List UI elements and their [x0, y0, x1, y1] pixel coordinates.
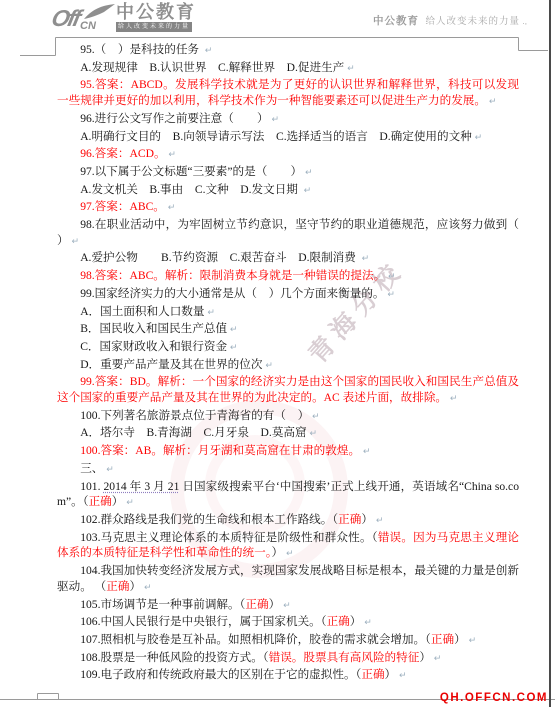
paragraph-17: D．重要产品产量及其在世界的位次 ↵: [57, 357, 519, 375]
document-body: 95.（ ）是科技的任务 ↵A.发现规律 B.认识世界 C.解释世界 D.促进生…: [57, 42, 519, 685]
paragraph-26: 104.我国加快转变经济发展方式，实现国家发展战略目标是根本，最关键的力量是创新…: [57, 563, 519, 596]
paragraph-end-mark-icon: ↵: [227, 343, 237, 353]
question-text-run: 96.进行公文写作之前要注意（ ）: [80, 112, 268, 125]
question-text-run: 97.以下属于公文标题“三要素”的是（ ）: [80, 165, 302, 178]
paragraph-end-mark-icon: ↵: [486, 97, 496, 107]
paragraph-9: 97.答案：ABC。 ↵: [57, 199, 519, 217]
paragraph-13: 99.国家经济实力的大小通常是从（ ）几个方面来衡量的。 ↵: [57, 286, 519, 304]
header-right-text: 中公教育 给人改变未来的力量 .,: [373, 13, 527, 28]
paragraph-end-mark-icon: ↵: [302, 168, 312, 178]
paragraph-5: A.明确行文目的 B.向领导请示写法 C.选择适当的语言 D.确定使用的文种 ↵: [57, 129, 519, 147]
paragraph-4: 96.进行公文写作之前要注意（ ） ↵: [57, 111, 519, 129]
paragraph-end-mark-icon: ↵: [166, 150, 176, 160]
paragraph-end-mark-icon: ↵: [103, 465, 113, 475]
paragraph-20: A．塔尔寺 B.青海湖 C.月牙泉 D.莫高窟 ↵: [57, 425, 519, 443]
paragraph-end-mark-icon: ↵: [385, 290, 395, 300]
paragraph-end-mark-icon: ↵: [69, 237, 79, 247]
question-text-run: ）: [350, 615, 362, 628]
logo-tagline: 给人改变未来的力量: [116, 22, 192, 32]
paragraph-2: A.发现规律 B.认识世界 C.解释世界 D.促进生产 ↵: [57, 60, 519, 78]
paragraph-16: C．国家财政收入和银行资金 ↵: [57, 339, 519, 357]
question-text-run: 107.照相机与胶卷是互补品。如照相机降价，胶卷的需求就会增加。（: [80, 633, 431, 646]
paragraph-end-mark-icon: ↵: [283, 549, 293, 559]
question-text-run: D．重要产品产量及其在世界的位次: [80, 358, 262, 371]
paragraph-19: 100.下列著名旅游景点位于青海省的有（ ） ↵: [57, 408, 519, 426]
answer-text-run: 正确: [361, 668, 384, 681]
paragraph-25: 103.马克思主义理论体系的本质特征是阶级性和群众性。（错误。因为马克思主义理论…: [57, 530, 519, 563]
question-text-run: A.明确行文目的 B.向领导请示写法 C.选择适当的语言 D.确定使用的文种: [80, 130, 472, 143]
paragraph-end-mark-icon: ↵: [202, 46, 212, 56]
paragraph-end-mark-icon: ↵: [373, 516, 383, 526]
paragraph-end-mark-icon: ↵: [141, 583, 151, 593]
paragraph-end-mark-icon: ↵: [361, 618, 371, 628]
window-right-edge: [549, 0, 551, 707]
answer-text-run: 正确: [338, 513, 361, 526]
underlined-date-run: 2014 年 3 月 21: [103, 480, 179, 493]
question-text-run: ）: [385, 668, 397, 681]
paragraph-6: 96.答案：ACD。 ↵: [57, 146, 519, 164]
question-text-run: ）: [129, 580, 141, 593]
paragraph-12: 98.答案：ABC。解析：限制消费本身就是一种错误的提法。 ↵: [57, 268, 519, 286]
question-text-run: ）: [419, 651, 431, 664]
header-right-mark: .,: [523, 17, 527, 26]
answer-text-run: 正确: [431, 633, 454, 646]
paragraph-14: A．国土面积和人口数量 ↵: [57, 304, 519, 322]
paragraph-end-mark-icon: ↵: [280, 601, 290, 611]
footer-site-url: QH.OFFCN.COM: [440, 692, 548, 704]
question-text-run: A.发现规律 B.认识世界 C.解释世界 D.促进生产: [80, 61, 344, 74]
question-text-run: 101.: [80, 480, 103, 493]
question-text-run: C．国家财政收入和银行资金: [80, 340, 227, 353]
paragraph-27: 105.市场调节是一种事前调解。（正确） ↵: [57, 597, 519, 615]
offcn-logo-mark: Off CN: [52, 3, 114, 35]
paragraph-end-mark-icon: ↵: [269, 115, 279, 125]
paragraph-end-mark-icon: ↵: [447, 394, 457, 404]
question-text-run: 109.电子政府和传统政府最大的区别在于它的虚拟性。（: [80, 668, 361, 681]
logo-brand: 中公教育: [116, 3, 196, 22]
paragraph-30: 108.股票是一种低风险的投资方式。（错误。股票具有高风险的特征） ↵: [57, 650, 519, 668]
answer-text-run: 95.答案：ABCD。发展科学技术就是为了更好的认识世界和解释世界，科技可以发现…: [57, 78, 519, 107]
question-text-run: A.爱护公物 B.节约资源 C.艰苦奋斗 D.限制消费: [80, 251, 359, 264]
question-text-run: A．塔尔寺 B.青海湖 C.月牙泉 D.莫高窟: [80, 426, 306, 439]
paragraph-15: B．国民收入和国民生产总值 ↵: [57, 321, 519, 339]
paragraph-1: 95.（ ）是科技的任务 ↵: [57, 42, 519, 60]
question-text-run: 102.群众路线是我们党的生命线和根本工作路线。（: [80, 513, 338, 526]
question-text-run: ）: [454, 633, 466, 646]
question-text-run: 98.在职业活动中，为牢固树立节约意识，坚守节约的职业道德规范，应该努力做到（ …: [57, 218, 542, 247]
question-text-run: B．国民收入和国民生产总值: [80, 322, 227, 335]
answer-text-run: 98.答案：ABC。解析：限制消费本身就是一种错误的提法。: [80, 269, 385, 282]
answer-text-run: 正确: [106, 580, 129, 593]
question-text-run: 95.（ ）是科技的任务: [80, 43, 202, 56]
question-text-run: A.发文机关 B.事由 C.文种 D.发文日期: [80, 183, 301, 196]
answer-text-run: 正确: [245, 598, 268, 611]
paragraph-end-mark-icon: ↵: [309, 412, 319, 422]
paragraph-end-mark-icon: ↵: [472, 133, 482, 143]
answer-text-run: 96.答案：ACD。: [80, 147, 165, 160]
paragraph-21: 100.答案：AB。解析：月牙湖和莫高窟在甘肃的敦煌。 ↵: [57, 443, 519, 461]
paragraph-end-mark-icon: ↵: [301, 186, 311, 196]
paragraph-23: 101. 2014 年 3 月 21 日国家级搜索平台‘中国搜索’正式上线开通，…: [57, 479, 519, 512]
question-text-run: 103.马克思主义理论体系的本质特征是阶级性和群众性。（: [80, 531, 378, 544]
header-right-tagline: 给人改变未来的力量: [426, 16, 521, 27]
question-text-run: A．国土面积和人口数量: [80, 305, 204, 318]
answer-text-run: 正确: [327, 615, 350, 628]
paragraph-end-mark-icon: ↵: [359, 254, 369, 264]
paragraph-end-mark-icon: ↵: [205, 308, 215, 318]
paragraph-18: 99.答案：BD。解析：一个国家的经济实力是由这个国家的国民收入和国民生产总值及…: [57, 374, 519, 407]
offcn-logo: Off CN 中公教育 给人改变未来的力量: [52, 3, 196, 37]
answer-text-run: 100.答案：AB。解析：月牙湖和莫高窟在甘肃的敦煌。: [80, 444, 360, 457]
paragraph-end-mark-icon: ↵: [360, 447, 370, 457]
paragraph-end-mark-icon: ↵: [344, 64, 354, 74]
paragraph-7: 97.以下属于公文标题“三要素”的是（ ） ↵: [57, 164, 519, 182]
paragraph-11: A.爱护公物 B.节约资源 C.艰苦奋斗 D.限制消费 ↵: [57, 250, 519, 268]
paragraph-10: 98.在职业活动中，为牢固树立节约意识，坚守节约的职业道德规范，应该努力做到（ …: [57, 217, 519, 250]
paragraph-end-mark-icon: ↵: [165, 203, 175, 213]
question-text-run: 三、: [80, 462, 103, 475]
answer-text-run: 正确: [89, 495, 112, 508]
paragraph-24: 102.群众路线是我们党的生命线和根本工作路线。（正确） ↵: [57, 512, 519, 530]
paragraph-end-mark-icon: ↵: [385, 272, 395, 282]
answer-text-run: 97.答案：ABC。: [80, 200, 165, 213]
question-text-run: 105.市场调节是一种事前调解。（: [80, 598, 245, 611]
question-text-run: ）: [269, 598, 281, 611]
paragraph-29: 107.照相机与胶卷是互补品。如照相机降价，胶卷的需求就会增加。（正确） ↵: [57, 632, 519, 650]
paragraph-end-mark-icon: ↵: [466, 636, 476, 646]
question-text-run: ）: [271, 546, 283, 559]
question-text-run: 99.国家经济实力的大小通常是从（ ）几个方面来衡量的。: [80, 287, 384, 300]
logo-cn-text: CN: [80, 20, 96, 32]
logo-text-block: 中公教育 给人改变未来的力量: [116, 3, 196, 32]
question-text-run: ）: [112, 495, 124, 508]
paragraph-end-mark-icon: ↵: [123, 498, 133, 508]
question-text-run: 108.股票是一种低风险的投资方式。（: [80, 651, 268, 664]
paragraph-end-mark-icon: ↵: [262, 361, 272, 371]
question-text-run: ）: [361, 513, 373, 526]
question-text-run: 106.中国人民银行是中央银行，属于国家机关。（: [80, 615, 326, 628]
paragraph-3: 95.答案：ABCD。发展科学技术就是为了更好的认识世界和解释世界，科技可以发现…: [57, 77, 519, 110]
paragraph-end-mark-icon: ↵: [431, 654, 441, 664]
paragraph-28: 106.中国人民银行是中央银行，属于国家机关。（正确） ↵: [57, 614, 519, 632]
header-right-brand: 中公教育: [373, 15, 419, 27]
logo-off-text: Off: [49, 5, 82, 32]
paragraph-31: 109.电子政府和传统政府最大的区别在于它的虚拟性。（正确） ↵: [57, 667, 519, 685]
paragraph-end-mark-icon: ↵: [227, 325, 237, 335]
paragraph-22: 三、 ↵: [57, 461, 519, 479]
paragraph-end-mark-icon: ↵: [396, 671, 406, 681]
paragraph-8: A.发文机关 B.事由 C.文种 D.发文日期 ↵: [57, 182, 519, 200]
paragraph-end-mark-icon: ↵: [307, 429, 317, 439]
answer-text-run: 错误。股票具有高风险的特征: [269, 651, 420, 664]
question-text-run: 100.下列著名旅游景点位于青海省的有（ ）: [80, 409, 309, 422]
